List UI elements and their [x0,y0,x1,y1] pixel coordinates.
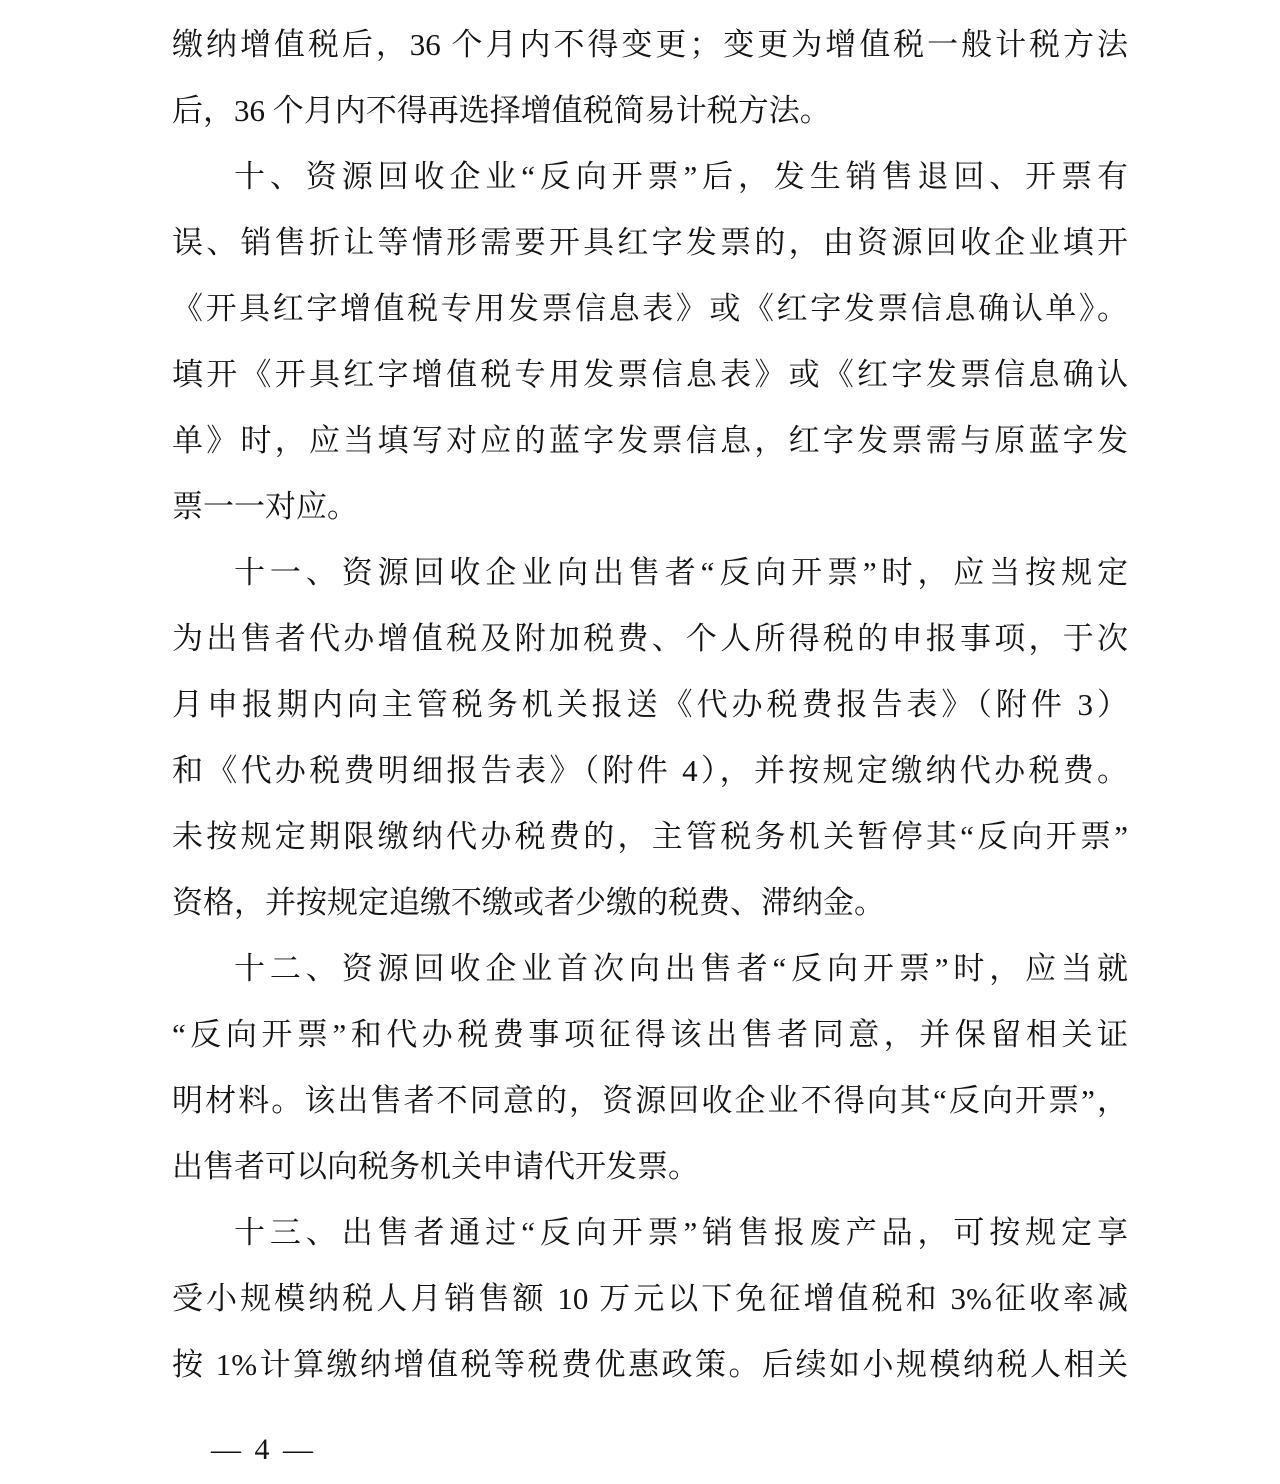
text-line: 资格，并按规定追缴不缴或者少缴的税费、滞纳金。 [172,870,1128,936]
text-line: 和《代办税费明细报告表》（附件 4），并按规定缴纳代办税费。 [172,738,1128,804]
text-line: 后，36 个月内不得再选择增值税简易计税方法。 [172,78,1128,144]
body-text: 缴纳增值税后，36 个月内不得变更；变更为增值税一般计税方法 后，36 个月内不… [172,12,1128,1398]
text-line-section-12: 十二、资源回收企业首次向出售者“反向开票”时，应当就 [172,936,1128,1002]
document-page: 缴纳增值税后，36 个月内不得变更；变更为增值税一般计税方法 后，36 个月内不… [0,0,1280,1484]
text-line: 月申报期内向主管税务机关报送《代办税费报告表》（附件 3） [172,672,1128,738]
text-line: “反向开票”和代办税费事项征得该出售者同意，并保留相关证 [172,1002,1128,1068]
text-line: 未按规定期限缴纳代办税费的，主管税务机关暂停其“反向开票” [172,804,1128,870]
text-line: 缴纳增值税后，36 个月内不得变更；变更为增值税一般计税方法 [172,12,1128,78]
text-line: 出售者可以向税务机关申请代开发票。 [172,1134,1128,1200]
text-line: 单》时，应当填写对应的蓝字发票信息，红字发票需与原蓝字发 [172,408,1128,474]
page-number: — 4 — [211,1429,316,1471]
text-line: 《开具红字增值税专用发票信息表》或《红字发票信息确认单》。 [172,276,1128,342]
text-line: 误、销售折让等情形需要开具红字发票的，由资源回收企业填开 [172,210,1128,276]
text-line: 受小规模纳税人月销售额 10 万元以下免征增值税和 3%征收率减 [172,1266,1128,1332]
text-line-section-11: 十一、资源回收企业向出售者“反向开票”时，应当按规定 [172,540,1128,606]
text-line: 填开《开具红字增值税专用发票信息表》或《红字发票信息确认 [172,342,1128,408]
text-line-section-13: 十三、出售者通过“反向开票”销售报废产品，可按规定享 [172,1200,1128,1266]
text-line: 为出售者代办增值税及附加税费、个人所得税的申报事项，于次 [172,606,1128,672]
text-line: 票一一对应。 [172,474,1128,540]
text-line: 明材料。该出售者不同意的，资源回收企业不得向其“反向开票”， [172,1068,1128,1134]
text-line-section-10: 十、资源回收企业“反向开票”后，发生销售退回、开票有 [172,144,1128,210]
text-line: 按 1%计算缴纳增值税等税费优惠政策。后续如小规模纳税人相关 [172,1332,1128,1398]
